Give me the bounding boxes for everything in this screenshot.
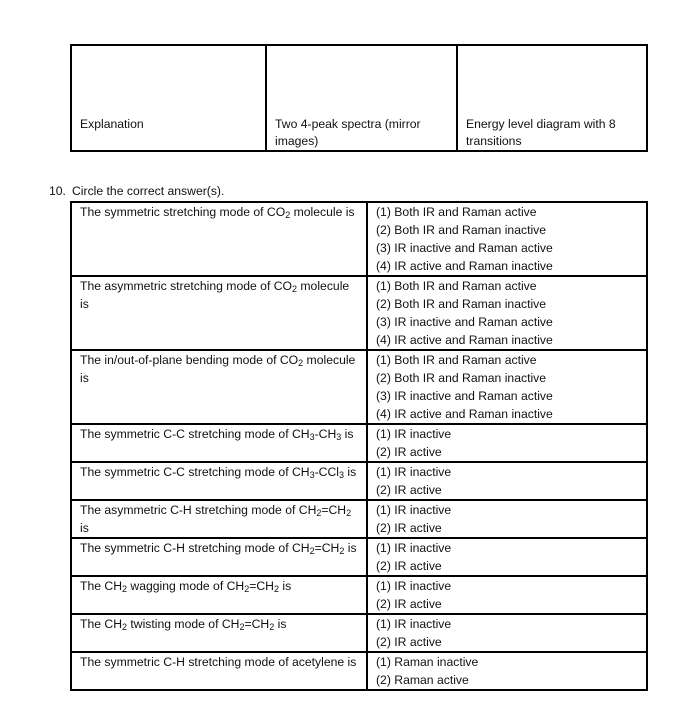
question-number: 10. <box>49 183 72 200</box>
answer-options: (1) Both IR and Raman active(2) Both IR … <box>367 276 647 350</box>
answer-option[interactable]: (2) IR active <box>376 519 638 537</box>
table-row: The symmetric C-C stretching mode of CH3… <box>71 424 647 462</box>
answer-option[interactable]: (1) Raman inactive <box>376 653 638 671</box>
question-table: The symmetric stretching mode of CO2 mol… <box>70 201 648 691</box>
prompt-text: The asymmetric C-H stretching mode of CH <box>80 503 316 517</box>
prompt-text: The asymmetric stretching mode of CO <box>80 279 292 293</box>
answer-option[interactable]: (2) IR active <box>376 481 638 499</box>
table-row: The CH2 wagging mode of CH2=CH2 is(1) IR… <box>71 576 647 614</box>
question-title: 10.Circle the correct answer(s). <box>49 183 224 200</box>
prompt-text: is <box>344 541 356 555</box>
answer-option[interactable]: (2) IR active <box>376 557 638 575</box>
cell-text: Energy level diagram with 8 transitions <box>466 116 638 150</box>
prompt-text: is <box>80 521 89 535</box>
prompt-text: The symmetric C-C stretching mode of CH <box>80 465 310 479</box>
prompt-text: is <box>279 579 291 593</box>
question-prompt: The CH2 wagging mode of CH2=CH2 is <box>71 576 367 614</box>
answer-option[interactable]: (4) IR active and Raman inactive <box>376 405 638 423</box>
answer-options: (1) IR inactive(2) IR active <box>367 576 647 614</box>
question-prompt: The symmetric C-H stretching mode of CH2… <box>71 538 367 576</box>
answer-options: (1) IR inactive(2) IR active <box>367 538 647 576</box>
prompt-text: The symmetric stretching mode of CO <box>80 205 285 219</box>
question-prompt: The symmetric C-C stretching mode of CH3… <box>71 424 367 462</box>
answer-option[interactable]: (2) Both IR and Raman inactive <box>376 295 638 313</box>
answer-options: (1) IR inactive(2) IR active <box>367 424 647 462</box>
prompt-text: is <box>341 427 353 441</box>
prompt-text: The symmetric C-C stretching mode of CH <box>80 427 310 441</box>
answer-options: (1) Raman inactive(2) Raman active <box>367 652 647 690</box>
question-prompt: The asymmetric C-H stretching mode of CH… <box>71 500 367 538</box>
prompt-text: molecule is <box>290 205 354 219</box>
prompt-text: is <box>274 617 286 631</box>
prompt-text: -CH <box>315 427 337 441</box>
answer-option[interactable]: (2) IR active <box>376 443 638 461</box>
table-row: The asymmetric C-H stretching mode of CH… <box>71 500 647 538</box>
answer-option[interactable]: (1) Both IR and Raman active <box>376 203 638 221</box>
answer-options: (1) Both IR and Raman active(2) Both IR … <box>367 350 647 424</box>
answer-options: (1) IR inactive(2) IR active <box>367 614 647 652</box>
table-row: The CH2 twisting mode of CH2=CH2 is(1) I… <box>71 614 647 652</box>
prompt-text: The CH <box>80 579 122 593</box>
question-prompt: The asymmetric stretching mode of CO2 mo… <box>71 276 367 350</box>
prompt-text: The CH <box>80 617 122 631</box>
answer-option[interactable]: (3) IR inactive and Raman active <box>376 313 638 331</box>
cell-text: Explanation <box>80 116 257 150</box>
answer-option[interactable]: (1) IR inactive <box>376 615 638 633</box>
prompt-text: The in/out-of-plane bending mode of CO <box>80 353 298 367</box>
explanation-cell: Explanation <box>71 45 266 151</box>
header-table: Explanation Two 4-peak spectra (mirror i… <box>70 44 648 152</box>
prompt-text: twisting mode of CH <box>127 617 239 631</box>
answer-option[interactable]: (1) IR inactive <box>376 577 638 595</box>
question-prompt: The CH2 twisting mode of CH2=CH2 is <box>71 614 367 652</box>
answer-option[interactable]: (1) Both IR and Raman active <box>376 351 638 369</box>
answer-option[interactable]: (4) IR active and Raman inactive <box>376 331 638 349</box>
question-prompt: The symmetric C-C stretching mode of CH3… <box>71 462 367 500</box>
question-prompt: The symmetric C-H stretching mode of ace… <box>71 652 367 690</box>
table-row: The symmetric C-H stretching mode of CH2… <box>71 538 647 576</box>
answer-options: (1) IR inactive(2) IR active <box>367 500 647 538</box>
prompt-text: is <box>344 465 356 479</box>
answer-option[interactable]: (2) Raman active <box>376 671 638 689</box>
answer-option[interactable]: (1) Both IR and Raman active <box>376 277 638 295</box>
cell-text: Two 4-peak spectra (mirror images) <box>275 116 448 150</box>
prompt-text: =CH <box>244 617 269 631</box>
answer-option[interactable]: (2) Both IR and Raman inactive <box>376 369 638 387</box>
table-row: The symmetric C-C stretching mode of CH3… <box>71 462 647 500</box>
table-row: The symmetric C-H stretching mode of ace… <box>71 652 647 690</box>
answer-option[interactable]: (2) Both IR and Raman inactive <box>376 221 638 239</box>
answer-option[interactable]: (1) IR inactive <box>376 463 638 481</box>
answer-option[interactable]: (3) IR inactive and Raman active <box>376 239 638 257</box>
answer-option[interactable]: (3) IR inactive and Raman active <box>376 387 638 405</box>
spectra-cell: Two 4-peak spectra (mirror images) <box>266 45 457 151</box>
prompt-text: =CH <box>249 579 274 593</box>
answer-option[interactable]: (4) IR active and Raman inactive <box>376 257 638 275</box>
table-row: The in/out-of-plane bending mode of CO2 … <box>71 350 647 424</box>
subscript: 2 <box>346 508 351 518</box>
answer-options: (1) IR inactive(2) IR active <box>367 462 647 500</box>
question-instruction: Circle the correct answer(s). <box>72 184 224 198</box>
energy-diagram-cell: Energy level diagram with 8 transitions <box>457 45 647 151</box>
prompt-text: -CCl <box>315 465 339 479</box>
answer-option[interactable]: (1) IR inactive <box>376 539 638 557</box>
answer-option[interactable]: (1) IR inactive <box>376 425 638 443</box>
question-prompt: The in/out-of-plane bending mode of CO2 … <box>71 350 367 424</box>
answer-option[interactable]: (2) IR active <box>376 633 638 651</box>
answer-option[interactable]: (1) IR inactive <box>376 501 638 519</box>
answer-option[interactable]: (2) IR active <box>376 595 638 613</box>
prompt-text: =CH <box>321 503 346 517</box>
question-prompt: The symmetric stretching mode of CO2 mol… <box>71 202 367 276</box>
table-row: The symmetric stretching mode of CO2 mol… <box>71 202 647 276</box>
prompt-text: =CH <box>315 541 340 555</box>
table-row: The asymmetric stretching mode of CO2 mo… <box>71 276 647 350</box>
prompt-text: The symmetric C-H stretching mode of ace… <box>80 655 356 669</box>
prompt-text: The symmetric C-H stretching mode of CH <box>80 541 310 555</box>
answer-options: (1) Both IR and Raman active(2) Both IR … <box>367 202 647 276</box>
prompt-text: wagging mode of CH <box>127 579 244 593</box>
